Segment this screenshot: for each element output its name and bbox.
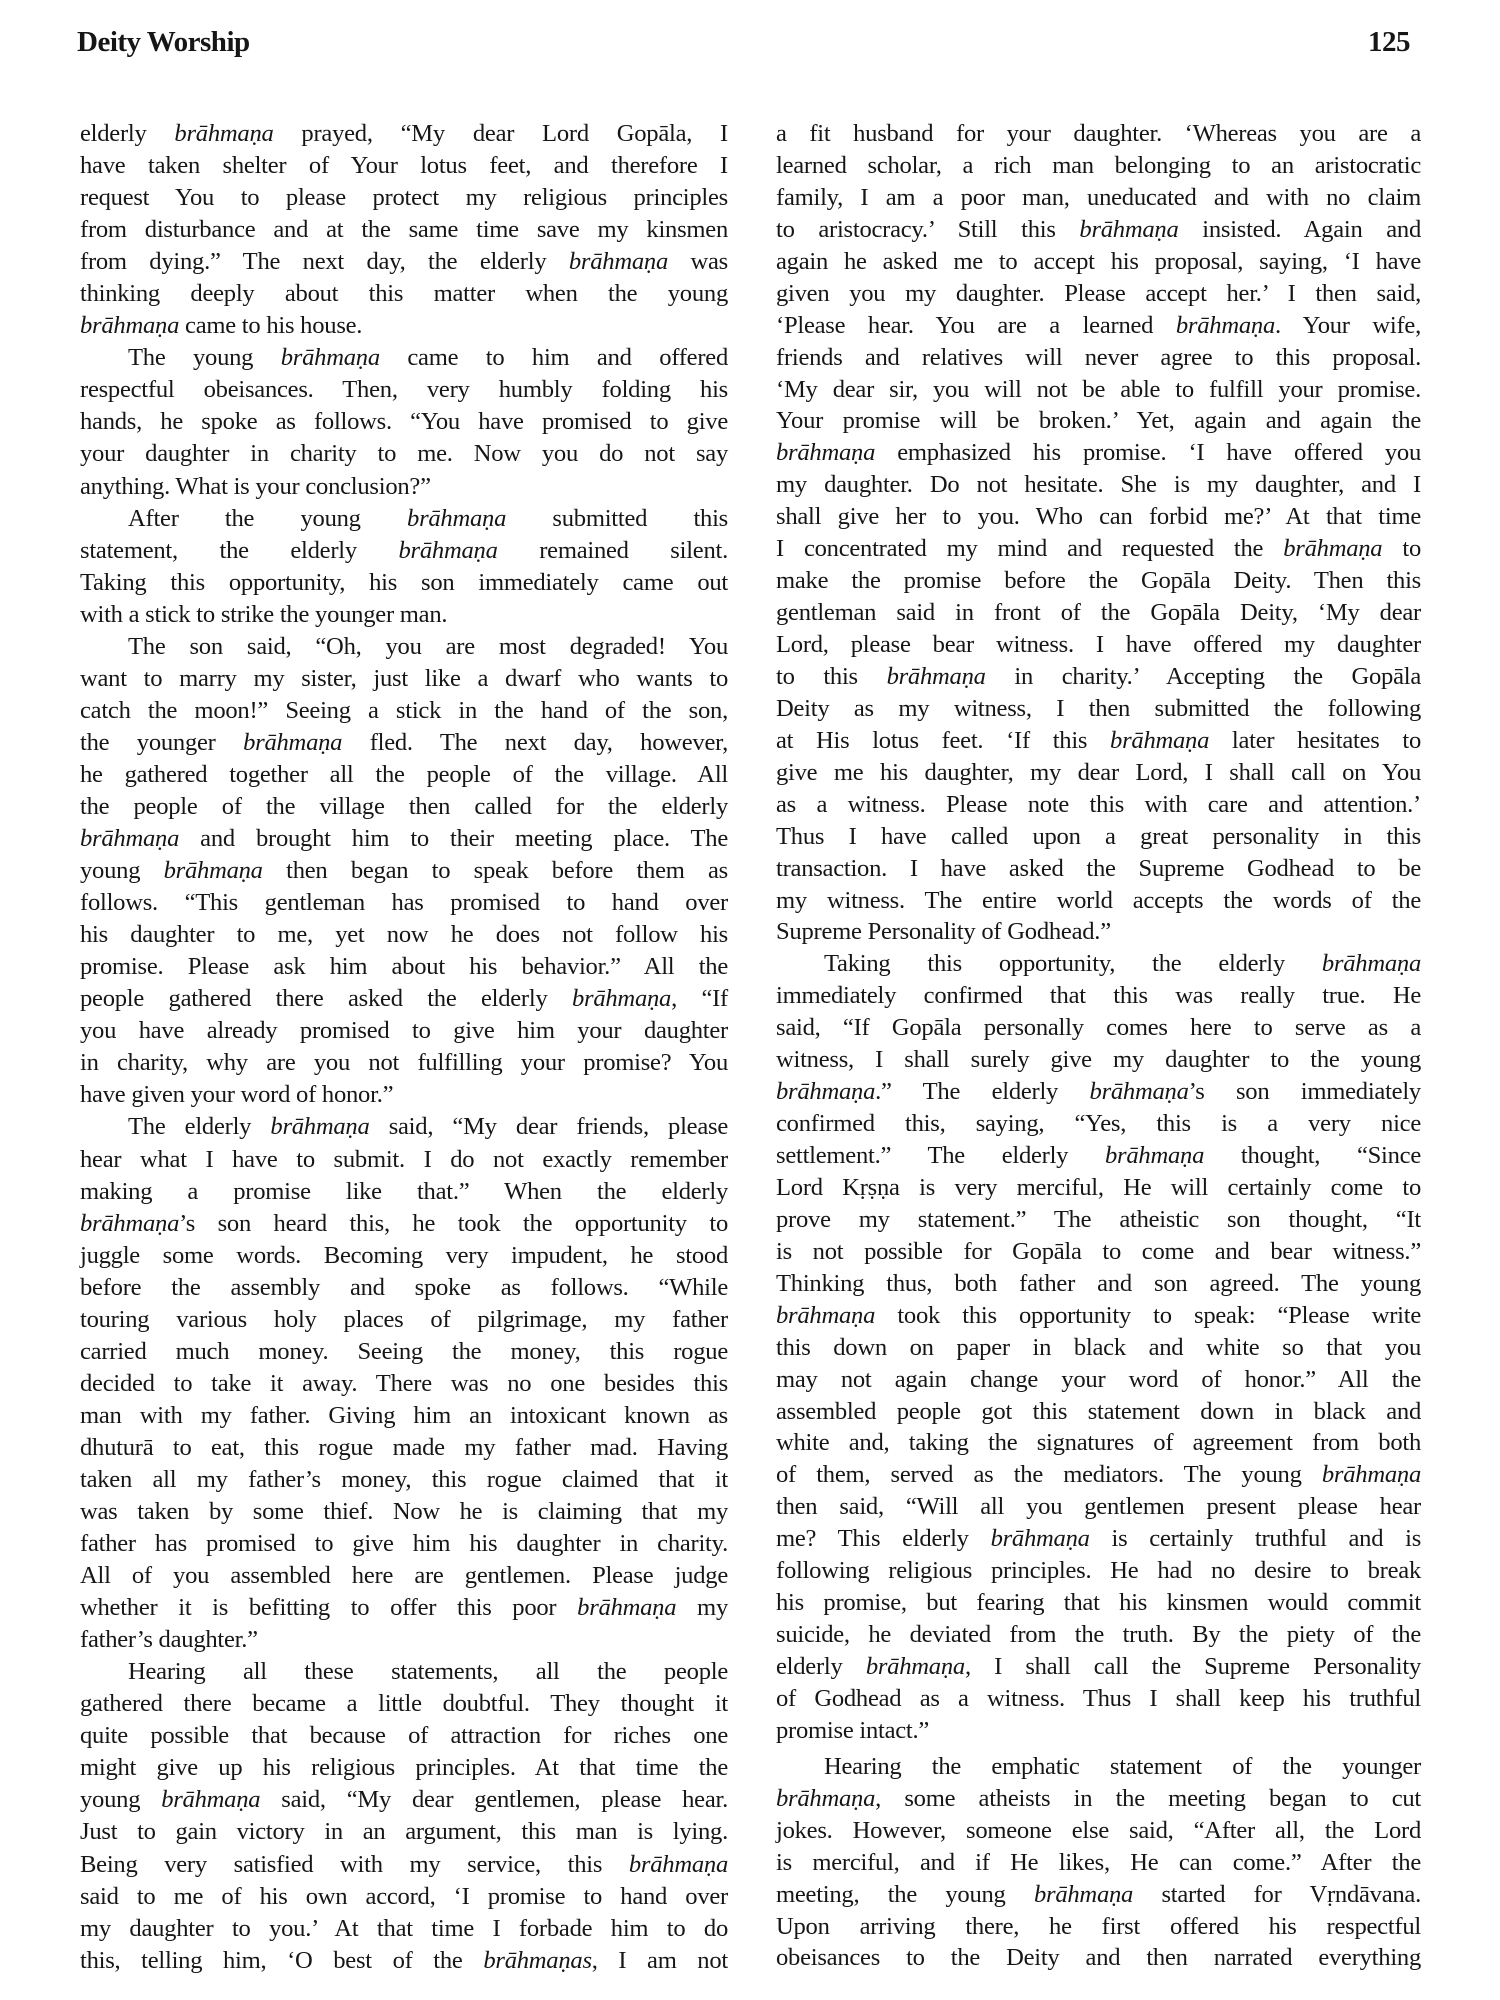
text-line: assembled people got this statement down… (776, 1396, 1421, 1428)
text-run: promise. Please ask him about his behavi… (80, 953, 728, 980)
text-line: dhuturā to eat, this rogue made my fathe… (80, 1432, 728, 1464)
text-line: he gathered together all the people of t… (80, 759, 728, 791)
text-run: my witness. The entire world accepts the… (776, 887, 1421, 914)
text-line: brāhmaṇa came to his house. (80, 310, 728, 342)
text-run: with a stick to strike the younger man. (80, 601, 447, 628)
text-line: quite possible that because of attractio… (80, 1720, 728, 1752)
text-run: follows. “This gentleman has promised to… (80, 889, 728, 916)
text-line: anything. What is your conclusion?” (80, 471, 728, 503)
text-line: Lord Kṛṣṇa is very merciful, He will cer… (776, 1172, 1421, 1204)
text-run: Upon arriving there, he first offered hi… (776, 1913, 1421, 1940)
text-line: this down on paper in black and white so… (776, 1332, 1421, 1364)
text-line: Supreme Personality of Godhead.” (776, 916, 1421, 948)
text-run: following religious principles. He had n… (776, 1557, 1421, 1584)
running-title: Deity Worship (77, 25, 250, 59)
text-run: said, “My dear friends, please (370, 1113, 728, 1140)
text-run: want to marry my sister, just like a dwa… (80, 665, 728, 692)
text-line: give me his daughter, my dear Lord, I sh… (776, 757, 1421, 789)
text-run: hands, he spoke as follows. “You have pr… (80, 408, 728, 435)
text-line: my daughter. Do not hesitate. She is my … (776, 469, 1421, 501)
text-run: . Your wife, (1275, 312, 1421, 339)
text-run: is not possible for Gopāla to come and b… (776, 1238, 1421, 1265)
text-line: settlement.” The elderly brāhmaṇa though… (776, 1140, 1421, 1172)
text-line: shall give her to you. Who can forbid me… (776, 501, 1421, 533)
text-run: hear what I have to submit. I do not exa… (80, 1146, 728, 1173)
text-run: elderly (80, 120, 174, 147)
text-line: man with my father. Giving him an intoxi… (80, 1400, 728, 1432)
text-run: then began to speak before them as (263, 857, 728, 884)
text-run: said, “If Gopāla personally comes here t… (776, 1014, 1421, 1041)
text-line: transaction. I have asked the Supreme Go… (776, 853, 1421, 885)
text-run: gentleman said in front of the Gopāla De… (776, 599, 1421, 626)
text-run: promise intact.” (776, 1717, 929, 1744)
text-run: to this (776, 663, 887, 690)
text-run: his promise, but fearing that his kinsme… (776, 1589, 1421, 1616)
text-line: again he asked me to accept his proposal… (776, 246, 1421, 278)
text-run: ’s son immediately (1189, 1078, 1421, 1105)
text-run: said, “My dear gentlemen, please hear. (260, 1786, 728, 1813)
page-header: Deity Worship 125 (0, 0, 1500, 80)
text-run: making a promise like that.” When the el… (80, 1178, 728, 1205)
italic-term: brāhmaṇa (629, 1851, 728, 1878)
text-line: elderly brāhmaṇa prayed, “My dear Lord G… (80, 118, 728, 150)
italic-term: brāhmaṇa (1322, 950, 1421, 977)
italic-term: brāhmaṇa (243, 729, 342, 756)
text-line: brāhmaṇa took this opportunity to speak:… (776, 1300, 1421, 1332)
text-run: anything. What is your conclusion?” (80, 473, 431, 500)
text-line: given you my daughter. Please accept her… (776, 278, 1421, 310)
text-run: young (80, 857, 164, 884)
text-run: my daughter. Do not hesitate. She is my … (776, 471, 1421, 498)
text-run: is merciful, and if He likes, He can com… (776, 1849, 1421, 1876)
text-run: Lord Kṛṣṇa is very merciful, He will cer… (776, 1174, 1421, 1201)
text-line: obeisances to the Deity and then narrate… (776, 1942, 1421, 1974)
text-run: fled. The next day, however, (342, 729, 728, 756)
text-run: his daughter to me, yet now he does not … (80, 921, 728, 948)
text-line: following religious principles. He had n… (776, 1555, 1421, 1587)
text-run: started for Vṛndāvana. (1133, 1881, 1421, 1908)
text-run: shall give her to you. Who can forbid me… (776, 503, 1421, 530)
text-run: whether it is befitting to offer this po… (80, 1594, 577, 1621)
text-run: is certainly truthful and is (1090, 1525, 1421, 1552)
text-run: Lord, please bear witness. I have offere… (776, 631, 1421, 658)
text-line: carried much money. Seeing the money, th… (80, 1336, 728, 1368)
text-line: brāhmaṇa emphasized his promise. ‘I have… (776, 437, 1421, 469)
text-line: The elderly brāhmaṇa said, “My dear frie… (80, 1111, 728, 1143)
text-run: witness, I shall surely give my daughter… (776, 1046, 1421, 1073)
text-run: prove my statement.” The atheistic son t… (776, 1206, 1421, 1233)
text-line: hear what I have to submit. I do not exa… (80, 1144, 728, 1176)
italic-term: brāhmaṇa (776, 439, 875, 466)
text-run: Being very satisfied with my service, th… (80, 1851, 629, 1878)
text-run: The young (128, 344, 281, 371)
text-run: prayed, “My dear Lord Gopāla, I (274, 120, 728, 147)
text-run: suicide, he deviated from the truth. By … (776, 1621, 1421, 1648)
text-run: family, I am a poor man, uneducated and … (776, 184, 1421, 211)
text-run: statement, the elderly (80, 537, 399, 564)
text-line: ‘My dear sir, you will not be able to fu… (776, 374, 1421, 406)
text-line: may not again change your word of honor.… (776, 1364, 1421, 1396)
text-run: the younger (80, 729, 243, 756)
italic-term: brāhmaṇa (1176, 312, 1275, 339)
italic-term: brāhmaṇa (1034, 1881, 1133, 1908)
text-run: , I am not (592, 1947, 728, 1974)
text-line: The young brāhmaṇa came to him and offer… (80, 342, 728, 374)
text-line: my witness. The entire world accepts the… (776, 885, 1421, 917)
text-run: said to me of his own accord, ‘I promise… (80, 1883, 728, 1910)
text-line: making a promise like that.” When the el… (80, 1176, 728, 1208)
text-run: and brought him to their meeting place. … (179, 825, 728, 852)
text-line: catch the moon!” Seeing a stick in the h… (80, 695, 728, 727)
text-run: Thinking thus, both father and son agree… (776, 1270, 1421, 1297)
italic-term: brāhmaṇa (270, 1113, 369, 1140)
text-run: as a witness. Please note this with care… (776, 791, 1421, 818)
text-run: Thus I have called upon a great personal… (776, 823, 1421, 850)
text-line: father has promised to give him his daug… (80, 1528, 728, 1560)
text-run: Hearing all these statements, all the pe… (128, 1658, 728, 1685)
text-line: my daughter to you.’ At that time I forb… (80, 1913, 728, 1945)
text-run: ‘My dear sir, you will not be able to fu… (776, 376, 1421, 403)
text-line: request You to please protect my religio… (80, 182, 728, 214)
text-line: follows. “This gentleman has promised to… (80, 887, 728, 919)
text-run: confirmed this, saying, “Yes, this is a … (776, 1110, 1421, 1137)
text-run: , “If (671, 985, 728, 1012)
text-line: brāhmaṇa’s son heard this, he took the o… (80, 1208, 728, 1240)
italic-term: brāhmaṇa (776, 1785, 875, 1812)
text-line: with a stick to strike the younger man. (80, 599, 728, 631)
italic-term: brāhmaṇa (569, 248, 668, 275)
text-run: Taking this opportunity, his son immedia… (80, 569, 728, 596)
text-run: dhuturā to eat, this rogue made my fathe… (80, 1434, 728, 1461)
text-line: people gathered there asked the elderly … (80, 983, 728, 1015)
text-run: , some atheists in the meeting began to … (875, 1785, 1421, 1812)
text-run: decided to take it away. There was no on… (80, 1370, 728, 1397)
text-run: The elderly (128, 1113, 270, 1140)
text-run: juggle some words. Becoming very impuden… (80, 1242, 728, 1269)
text-run: people gathered there asked the elderly (80, 985, 572, 1012)
text-line: I concentrated my mind and requested the… (776, 533, 1421, 565)
text-line: your daughter in charity to me. Now you … (80, 438, 728, 470)
text-line: gathered there became a little doubtful.… (80, 1688, 728, 1720)
italic-term: brāhmaṇa (1090, 1078, 1189, 1105)
text-line: suicide, he deviated from the truth. By … (776, 1619, 1421, 1651)
text-line: whether it is befitting to offer this po… (80, 1592, 728, 1624)
text-run: carried much money. Seeing the money, th… (80, 1338, 728, 1365)
text-run: white and, taking the signatures of agre… (776, 1429, 1421, 1456)
text-line: meeting, the young brāhmaṇa started for … (776, 1879, 1421, 1911)
text-line: prove my statement.” The atheistic son t… (776, 1204, 1421, 1236)
text-line: brāhmaṇa and brought him to their meetin… (80, 823, 728, 855)
text-line: hands, he spoke as follows. “You have pr… (80, 406, 728, 438)
text-line: The son said, “Oh, you are most degraded… (80, 631, 728, 663)
text-line: his daughter to me, yet now he does not … (80, 919, 728, 951)
text-run: this down on paper in black and white so… (776, 1334, 1421, 1361)
text-run: was taken by some thief. Now he is claim… (80, 1498, 728, 1525)
text-line: as a witness. Please note this with care… (776, 789, 1421, 821)
text-line: young brāhmaṇa then began to speak befor… (80, 855, 728, 887)
text-line: have taken shelter of Your lotus feet, a… (80, 150, 728, 182)
italic-term: brāhmaṇa (80, 825, 179, 852)
text-run: this, telling him, ‘O best of the (80, 1947, 483, 1974)
text-run: I concentrated my mind and requested the (776, 535, 1283, 562)
italic-term: brāhmaṇa (1105, 1142, 1204, 1169)
text-run: from disturbance and at the same time sa… (80, 216, 728, 243)
text-line: family, I am a poor man, uneducated and … (776, 182, 1421, 214)
text-run: taken all my father’s money, this rogue … (80, 1466, 728, 1493)
text-line: his promise, but fearing that his kinsme… (776, 1587, 1421, 1619)
text-run: from dying.” The next day, the elderly (80, 248, 569, 275)
text-line: Just to gain victory in an argument, thi… (80, 1816, 728, 1848)
text-line: me? This elderly brāhmaṇa is certainly t… (776, 1523, 1421, 1555)
text-run: in charity, why are you not fulfilling y… (80, 1049, 728, 1076)
text-run: touring various holy places of pilgrimag… (80, 1306, 728, 1333)
page-number: 125 (1368, 25, 1410, 59)
text-line: of them, served as the mediators. The yo… (776, 1459, 1421, 1491)
text-line: Thinking thus, both father and son agree… (776, 1268, 1421, 1300)
text-run: then said, “Will all you gentlemen prese… (776, 1493, 1421, 1520)
text-line: Thus I have called upon a great personal… (776, 821, 1421, 853)
text-line: of Godhead as a witness. Thus I shall ke… (776, 1683, 1421, 1715)
text-run: my (676, 1594, 728, 1621)
text-line: Your promise will be broken.’ Yet, again… (776, 405, 1421, 437)
text-run: obeisances to the Deity and then narrate… (776, 1944, 1421, 1971)
text-run: emphasized his promise. ‘I have offered … (875, 439, 1421, 466)
text-run: After the young (128, 505, 407, 532)
italic-term: brāhmaṇa (80, 1210, 179, 1237)
text-run: transaction. I have asked the Supreme Go… (776, 855, 1421, 882)
text-run: give me his daughter, my dear Lord, I sh… (776, 759, 1421, 786)
italic-term: brāhmaṇa (399, 537, 498, 564)
text-run: learned scholar, a rich man belonging to… (776, 152, 1421, 179)
italic-term: brāhmaṇa (887, 663, 986, 690)
text-run: Just to gain victory in an argument, thi… (80, 1818, 728, 1845)
text-run: my daughter to you.’ At that time I forb… (80, 1915, 728, 1942)
text-run: The son said, “Oh, you are most degraded… (128, 633, 728, 660)
text-run: ’s son heard this, he took the opportuni… (179, 1210, 728, 1237)
text-line: Upon arriving there, he first offered hi… (776, 1911, 1421, 1943)
text-run: assembled people got this statement down… (776, 1398, 1421, 1425)
text-run: later hesitates to (1209, 727, 1421, 754)
text-line: want to marry my sister, just like a dwa… (80, 663, 728, 695)
text-line: from dying.” The next day, the elderly b… (80, 246, 728, 278)
text-run: young (80, 1786, 161, 1813)
text-run: of them, served as the mediators. The yo… (776, 1461, 1322, 1488)
text-line: friends and relatives will never agree t… (776, 342, 1421, 374)
text-line: was taken by some thief. Now he is claim… (80, 1496, 728, 1528)
italic-term: brāhmaṇa (991, 1525, 1090, 1552)
text-line: jokes. However, someone else said, “Afte… (776, 1815, 1421, 1847)
text-run: thinking deeply about this matter when t… (80, 280, 728, 307)
text-line: to aristocracy.’ Still this brāhmaṇa ins… (776, 214, 1421, 246)
text-run: man with my father. Giving him an intoxi… (80, 1402, 728, 1429)
text-line: you have already promised to give him yo… (80, 1015, 728, 1047)
text-run: thought, “Since (1204, 1142, 1421, 1169)
italic-term: brāhmaṇa (174, 120, 273, 147)
text-line: witness, I shall surely give my daughter… (776, 1044, 1421, 1076)
text-line: decided to take it away. There was no on… (80, 1368, 728, 1400)
text-line: from disturbance and at the same time sa… (80, 214, 728, 246)
italic-term: brāhmaṇa (1283, 535, 1382, 562)
italic-term: brāhmaṇa (776, 1302, 875, 1329)
text-run: elderly (776, 1653, 866, 1680)
text-line: said, “If Gopāla personally comes here t… (776, 1012, 1421, 1044)
italic-term: brāhmaṇa (80, 312, 179, 339)
text-line: juggle some words. Becoming very impuden… (80, 1240, 728, 1272)
text-run: a fit husband for your daughter. ‘Wherea… (776, 120, 1421, 147)
text-run: father has promised to give him his daug… (80, 1530, 728, 1557)
text-line: confirmed this, saying, “Yes, this is a … (776, 1108, 1421, 1140)
text-line: All of you assembled here are gentlemen.… (80, 1560, 728, 1592)
text-line: Hearing the emphatic statement of the yo… (776, 1751, 1421, 1783)
text-run: Hearing the emphatic statement of the yo… (824, 1753, 1421, 1780)
text-run: came to him and offered (380, 344, 728, 371)
text-line: After the young brāhmaṇa submitted this (80, 503, 728, 535)
text-run: , I shall call the Supreme Personality (965, 1653, 1421, 1680)
italic-term: brāhmaṇa (866, 1653, 965, 1680)
text-run: father’s daughter.” (80, 1626, 258, 1653)
italic-term: brāhmaṇa (281, 344, 380, 371)
text-run: me? This elderly (776, 1525, 991, 1552)
text-line: brāhmaṇa.” The elderly brāhmaṇa’s son im… (776, 1076, 1421, 1108)
text-run: immediately confirmed that this was real… (776, 982, 1421, 1009)
italic-term: brāhmaṇa (407, 505, 506, 532)
text-run: submitted this (506, 505, 728, 532)
text-line: a fit husband for your daughter. ‘Wherea… (776, 118, 1421, 150)
text-line: promise intact.” (776, 1715, 1421, 1747)
text-run: you have already promised to give him yo… (80, 1017, 728, 1044)
text-run: All of you assembled here are gentlemen.… (80, 1562, 728, 1589)
text-run: he gathered together all the people of t… (80, 761, 728, 788)
text-run: was (668, 248, 728, 275)
text-run: might give up his religious principles. … (80, 1754, 728, 1781)
text-line: might give up his religious principles. … (80, 1752, 728, 1784)
text-line: statement, the elderly brāhmaṇa remained… (80, 535, 728, 567)
text-run: meeting, the young (776, 1881, 1034, 1908)
text-line: this, telling him, ‘O best of the brāhma… (80, 1945, 728, 1977)
text-line: then said, “Will all you gentlemen prese… (776, 1491, 1421, 1523)
text-run: ‘Please hear. You are a learned (776, 312, 1176, 339)
italic-term: brāhmaṇas (483, 1947, 591, 1974)
italic-term: brāhmaṇa (1079, 216, 1178, 243)
text-run: gathered there became a little doubtful.… (80, 1690, 728, 1717)
text-line: is merciful, and if He likes, He can com… (776, 1847, 1421, 1879)
text-line: Lord, please bear witness. I have offere… (776, 629, 1421, 661)
text-line: promise. Please ask him about his behavi… (80, 951, 728, 983)
text-run: in charity.’ Accepting the Gopāla (986, 663, 1421, 690)
text-run: Taking this opportunity, the elderly (824, 950, 1322, 977)
text-line: is not possible for Gopāla to come and b… (776, 1236, 1421, 1268)
text-line: have given your word of honor.” (80, 1079, 728, 1111)
text-run: Your promise will be broken.’ Yet, again… (776, 407, 1421, 434)
text-line: respectful obeisances. Then, very humbly… (80, 374, 728, 406)
italic-term: brāhmaṇa (164, 857, 263, 884)
text-line: gentleman said in front of the Gopāla De… (776, 597, 1421, 629)
text-run: quite possible that because of attractio… (80, 1722, 728, 1749)
text-run: Supreme Personality of Godhead.” (776, 918, 1111, 945)
text-run: came to his house. (179, 312, 362, 339)
italic-term: brāhmaṇa (572, 985, 671, 1012)
text-run: Deity as my witness, I then submitted th… (776, 695, 1421, 722)
text-line: the people of the village then called fo… (80, 791, 728, 823)
text-line: Taking this opportunity, his son immedia… (80, 567, 728, 599)
text-run: at His lotus feet. ‘If this (776, 727, 1110, 754)
text-run: settlement.” The elderly (776, 1142, 1105, 1169)
text-line: said to me of his own accord, ‘I promise… (80, 1881, 728, 1913)
left-column: elderly brāhmaṇa prayed, “My dear Lord G… (80, 118, 728, 1977)
text-run: friends and relatives will never agree t… (776, 344, 1421, 371)
text-line: thinking deeply about this matter when t… (80, 278, 728, 310)
text-line: Deity as my witness, I then submitted th… (776, 693, 1421, 725)
text-run: respectful obeisances. Then, very humbly… (80, 376, 728, 403)
text-run: to (1382, 535, 1421, 562)
text-line: at His lotus feet. ‘If this brāhmaṇa lat… (776, 725, 1421, 757)
text-run: make the promise before the Gopāla Deity… (776, 567, 1421, 594)
text-line: ‘Please hear. You are a learned brāhmaṇa… (776, 310, 1421, 342)
italic-term: brāhmaṇa (1110, 727, 1209, 754)
text-run: remained silent. (498, 537, 728, 564)
text-run: catch the moon!” Seeing a stick in the h… (80, 697, 728, 724)
right-column: a fit husband for your daughter. ‘Wherea… (776, 118, 1421, 1974)
text-line: touring various holy places of pilgrimag… (80, 1304, 728, 1336)
text-run: have given your word of honor.” (80, 1081, 393, 1108)
text-line: taken all my father’s money, this rogue … (80, 1464, 728, 1496)
text-run: before the assembly and spoke as follows… (80, 1274, 728, 1301)
italic-term: brāhmaṇa (1322, 1461, 1421, 1488)
text-line: Being very satisfied with my service, th… (80, 1849, 728, 1881)
text-run: may not again change your word of honor.… (776, 1366, 1421, 1393)
text-line: immediately confirmed that this was real… (776, 980, 1421, 1012)
text-run: to aristocracy.’ Still this (776, 216, 1079, 243)
text-run: again he asked me to accept his proposal… (776, 248, 1421, 275)
text-line: the younger brāhmaṇa fled. The next day,… (80, 727, 728, 759)
text-line: to this brāhmaṇa in charity.’ Accepting … (776, 661, 1421, 693)
text-line: before the assembly and spoke as follows… (80, 1272, 728, 1304)
text-line: brāhmaṇa, some atheists in the meeting b… (776, 1783, 1421, 1815)
text-run: have taken shelter of Your lotus feet, a… (80, 152, 728, 179)
text-line: in charity, why are you not fulfilling y… (80, 1047, 728, 1079)
text-run: insisted. Again and (1179, 216, 1422, 243)
text-run: took this opportunity to speak: “Please … (875, 1302, 1421, 1329)
text-line: learned scholar, a rich man belonging to… (776, 150, 1421, 182)
text-run: given you my daughter. Please accept her… (776, 280, 1421, 307)
italic-term: brāhmaṇa (161, 1786, 260, 1813)
italic-term: brāhmaṇa (577, 1594, 676, 1621)
text-line: Hearing all these statements, all the pe… (80, 1656, 728, 1688)
text-run: the people of the village then called fo… (80, 793, 728, 820)
text-run: request You to please protect my religio… (80, 184, 728, 211)
text-run: of Godhead as a witness. Thus I shall ke… (776, 1685, 1421, 1712)
text-line: father’s daughter.” (80, 1624, 728, 1656)
text-run: your daughter in charity to me. Now you … (80, 440, 728, 467)
text-line: young brāhmaṇa said, “My dear gentlemen,… (80, 1784, 728, 1816)
text-line: elderly brāhmaṇa, I shall call the Supre… (776, 1651, 1421, 1683)
text-run: .” The elderly (875, 1078, 1089, 1105)
text-line: Taking this opportunity, the elderly brā… (776, 948, 1421, 980)
italic-term: brāhmaṇa (776, 1078, 875, 1105)
text-line: white and, taking the signatures of agre… (776, 1427, 1421, 1459)
text-line: make the promise before the Gopāla Deity… (776, 565, 1421, 597)
text-run: jokes. However, someone else said, “Afte… (776, 1817, 1421, 1844)
